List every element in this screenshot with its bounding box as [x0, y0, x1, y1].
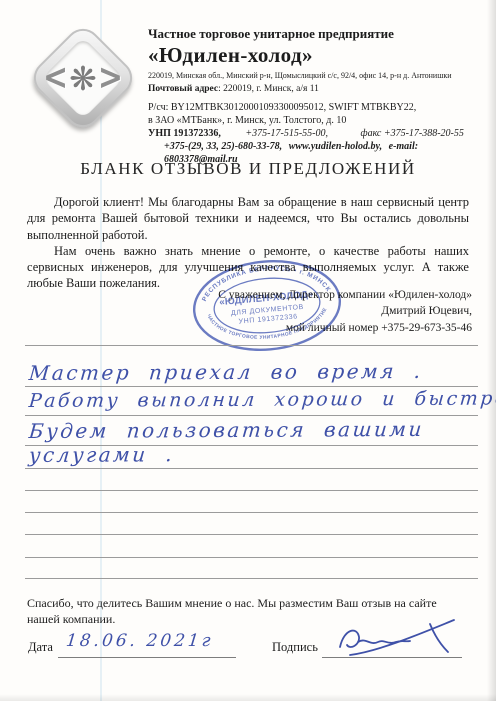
org-type: Частное торговое унитарное предприятие — [148, 26, 490, 42]
handwritten-review-line-2: Работу выполнил хорошо и быстро. — [28, 387, 496, 412]
ruled-line — [25, 345, 478, 346]
handwritten-review-line-3: Будем пользоваться вашими — [28, 417, 425, 443]
postal-address: Почтовый адрес: 220019, г. Минск, а/я 11 — [148, 84, 490, 94]
handwritten-review-line-1: Мастер приехал во время . — [28, 359, 424, 385]
bank-account: Р/сч: BY12MTBK30120001093300095012, SWIF… — [148, 101, 490, 114]
scan-edge-shadow-right — [487, 0, 496, 701]
ruled-line — [25, 512, 478, 513]
bank-name: в ЗАО «МТБанк», г. Минск, ул. Толстого, … — [148, 114, 490, 127]
date-underline — [58, 657, 236, 658]
unp-number: УНП 191372336, — [148, 128, 221, 139]
postal-address-label: Почтовый адрес — [148, 84, 218, 94]
postal-address-value: : 220019, г. Минск, а/я 11 — [218, 84, 319, 94]
handwritten-signature — [330, 617, 460, 659]
scan-edge-shadow-bottom — [0, 694, 496, 701]
document-title: БЛАНК ОТЗЫВОВ И ПРЕДЛОЖЕНИЙ — [0, 159, 496, 179]
ruled-line — [25, 490, 478, 491]
signature-underline — [322, 657, 462, 658]
city-phone: +375-17-515-55-00, — [245, 128, 328, 139]
ruled-line — [25, 557, 478, 558]
chevron-right-icon: > — [98, 60, 123, 96]
ruled-line — [25, 386, 478, 387]
feedback-form-scan: < ❋ > Частное торговое унитарное предпри… — [0, 0, 496, 701]
ruled-line — [25, 468, 478, 469]
company-name: «Юдилен-холод» — [148, 43, 490, 68]
handwritten-date: 18.06. 2021г — [65, 631, 214, 651]
signature-label: Подпись — [272, 640, 318, 655]
mobile-phones: +375-(29, 33, 25)-680-33-78, — [164, 141, 282, 152]
ruled-line — [25, 534, 478, 535]
website: www.yudilen-holod.by, — [289, 141, 382, 152]
ruled-line — [25, 578, 478, 579]
intro-paragraph-1: Дорогой клиент! Мы благодарны Вам за обр… — [27, 194, 469, 243]
ruled-line — [25, 415, 478, 416]
handwritten-review-line-4: услугами . — [28, 442, 175, 467]
fax-number: факс +375-17-388-20-55 — [360, 128, 463, 139]
letterhead: Частное торговое унитарное предприятие «… — [148, 26, 490, 166]
company-address: 220019, Минская обл., Минский р-н, Щомыс… — [148, 71, 490, 80]
snowflake-icon: ❋ — [69, 62, 97, 95]
company-logo: < ❋ > — [26, 24, 140, 134]
date-label: Дата — [28, 640, 53, 655]
chevron-left-icon: < — [43, 60, 68, 96]
